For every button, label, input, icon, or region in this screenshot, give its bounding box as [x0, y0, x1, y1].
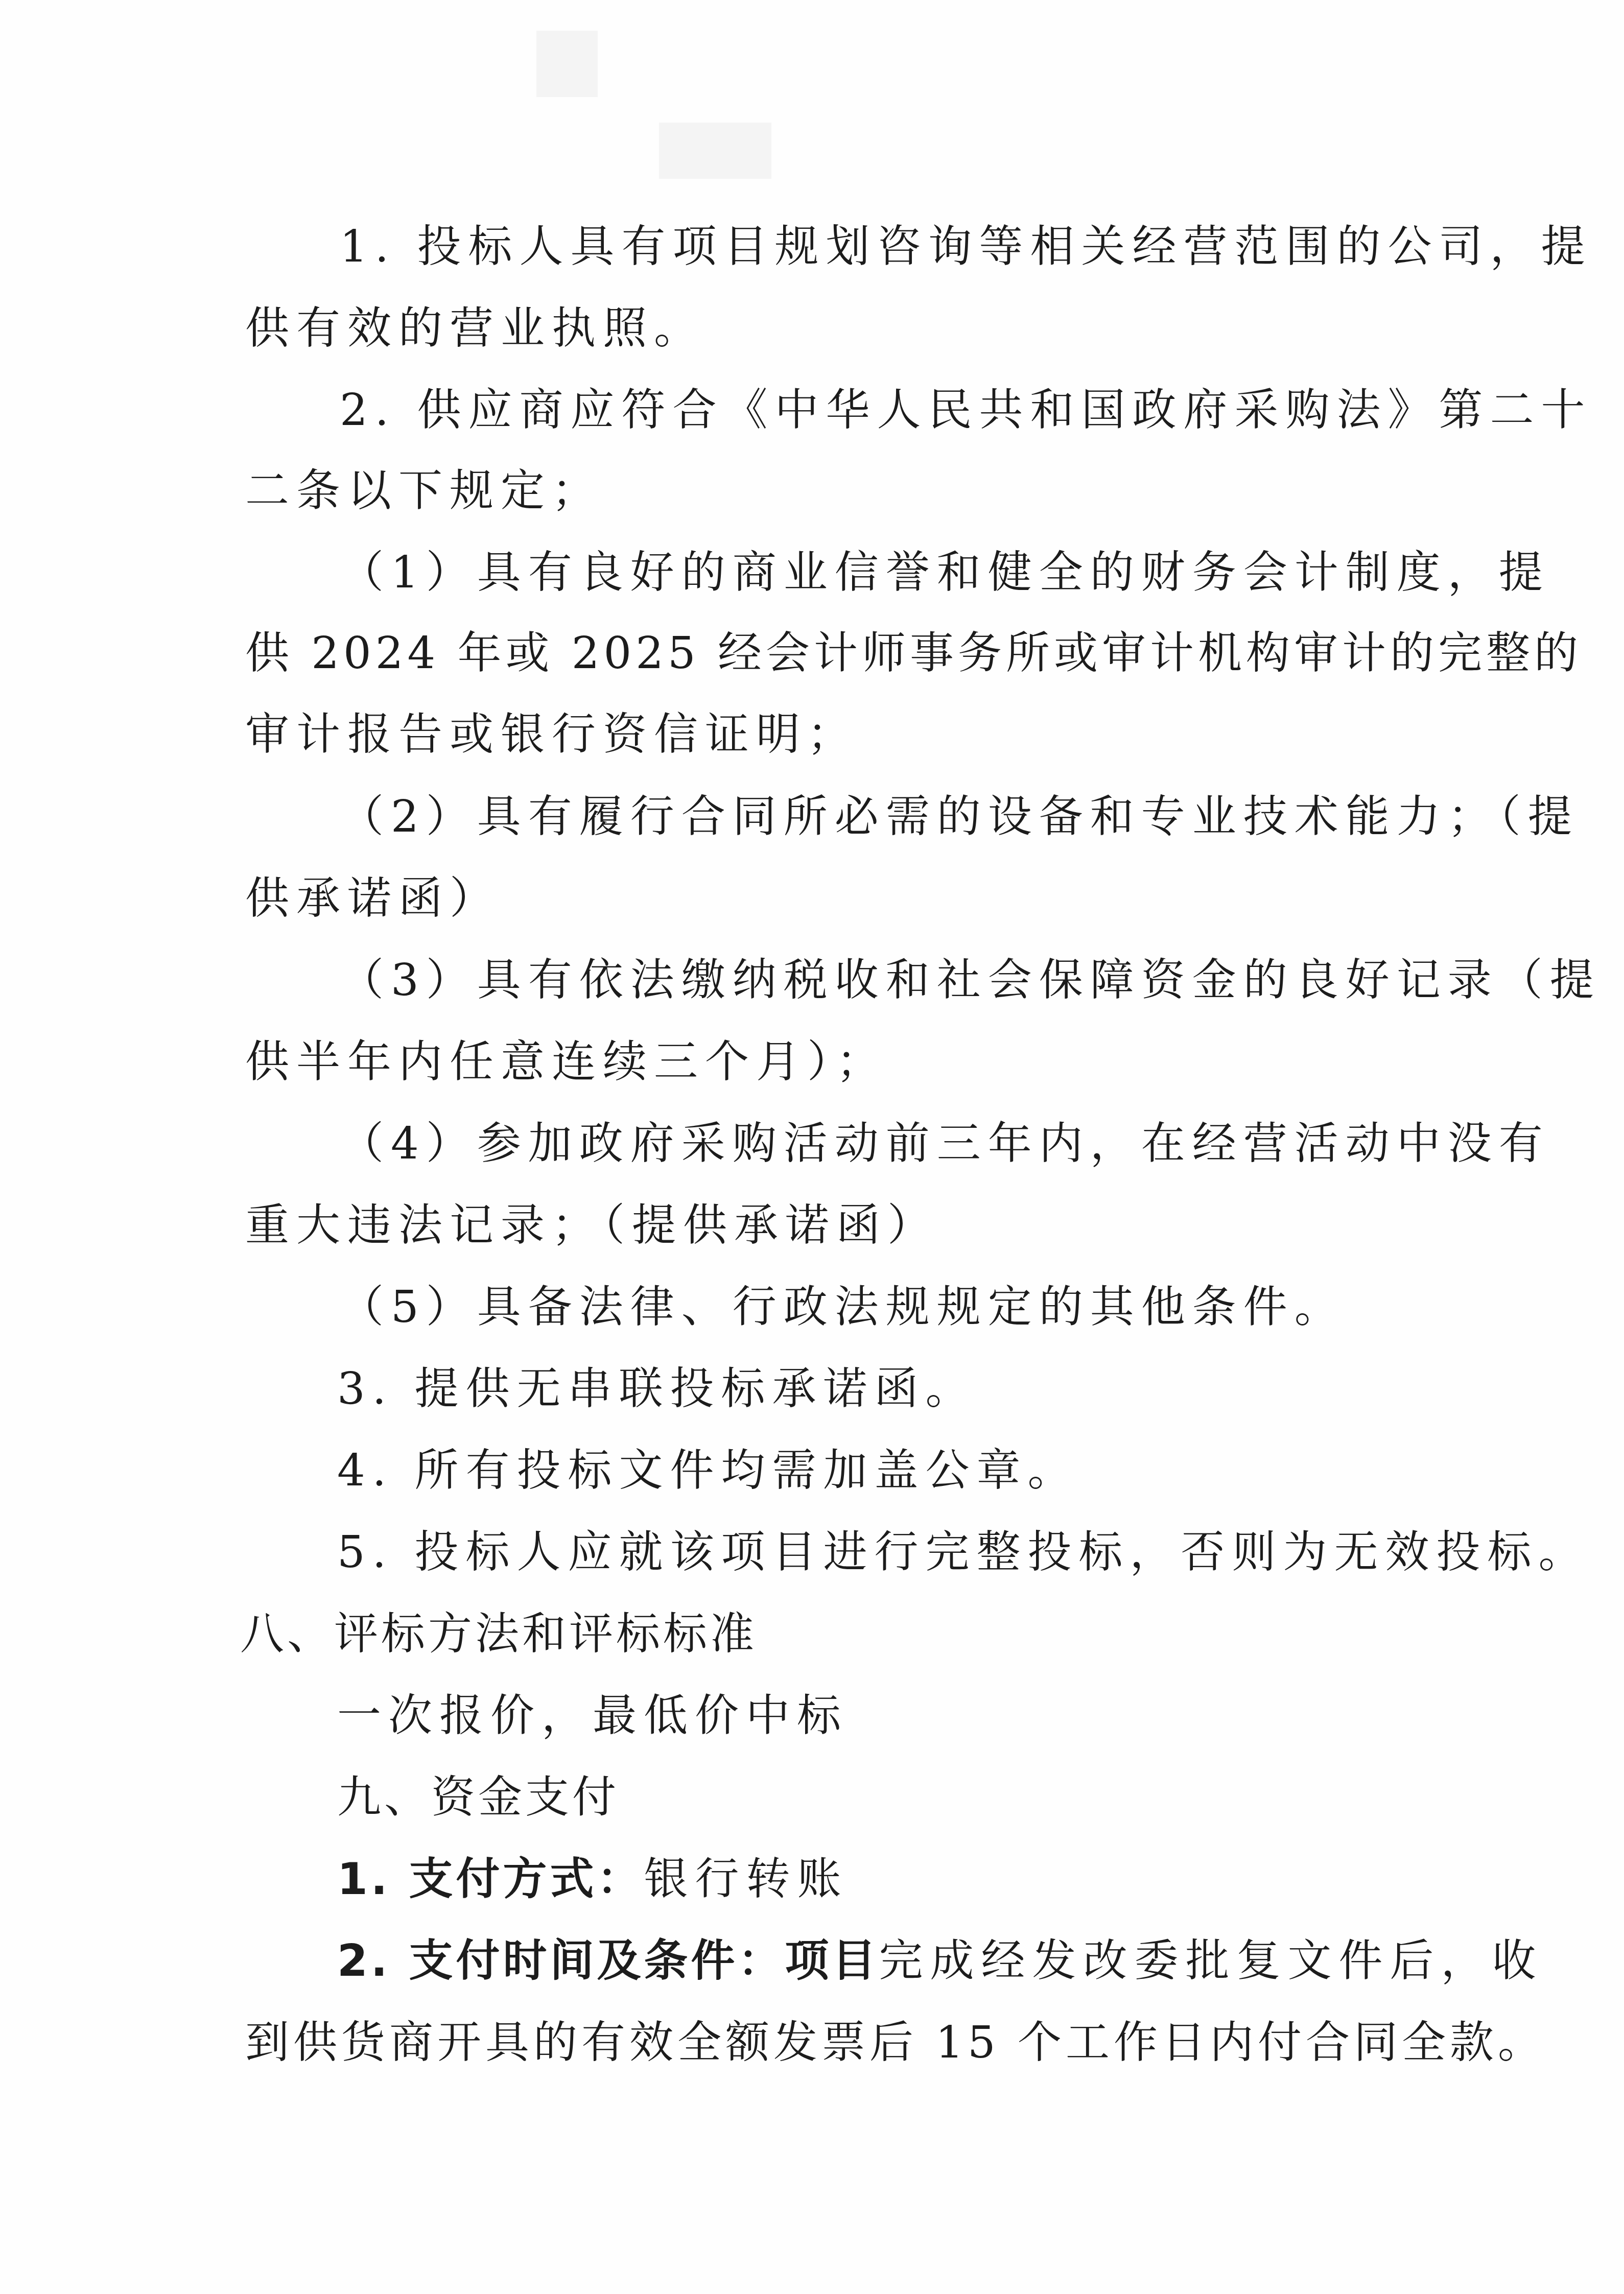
req-2-line-1: 2. 供应商应符合《中华人民共和国政府采购法》第二十	[340, 388, 1592, 432]
req-3: 3. 提供无串联投标承诺函。	[337, 1367, 976, 1411]
document-page: 1. 投标人具有项目规划咨询等相关经营范围的公司，提 供有效的营业执照。 2. …	[0, 0, 1624, 2294]
section-9-heading: 九、资金支付	[337, 1776, 619, 1819]
payment-method-label: 1. 支付方式：	[337, 1854, 644, 1905]
section-8-body: 一次报价，最低价中标	[337, 1694, 848, 1738]
payment-method: 1. 支付方式：银行转账	[337, 1857, 848, 1901]
sub-1-line-2: 供 2024 年或 2025 经会计师事务所或审计机构审计的完整的	[245, 631, 1582, 675]
sub-3-line-2: 供半年内任意连续三个月）；	[245, 1040, 887, 1084]
sub-1-line-1: （1）具有良好的商业信誉和健全的财务会计制度，提	[340, 551, 1550, 595]
bleed-through-mark	[659, 123, 771, 179]
payment-method-value: 银行转账	[644, 1854, 848, 1905]
sub-2-line-1: （2）具有履行合同所必需的设备和专业技术能力；（提	[340, 795, 1579, 839]
sub-2-line-2: 供承诺函）	[245, 877, 501, 920]
payment-terms-label: 2. 支付时间及条件：项目	[337, 1935, 879, 1986]
req-1-line-2: 供有效的营业执照。	[245, 306, 705, 350]
req-1-line-1: 1. 投标人具有项目规划咨询等相关经营范围的公司，提	[340, 225, 1592, 269]
req-2-line-2: 二条以下规定；	[245, 469, 603, 513]
sub-4-line-2: 重大违法记录；（提供承诺函）	[245, 1203, 938, 1247]
req-4: 4. 所有投标文件均需加盖公章。	[337, 1449, 1078, 1493]
section-8-heading: 八、评标方法和评标标准	[240, 1612, 757, 1656]
req-5: 5. 投标人应就该项目进行完整投标，否则为无效投标。	[337, 1530, 1589, 1574]
payment-terms-line-2: 到供货商开具的有效全额发票后 15 个工作日内付合同全款。	[245, 2021, 1546, 2065]
sub-3-line-1: （3）具有依法缴纳税收和社会保障资金的良好记录（提	[340, 958, 1601, 1002]
payment-terms-line-1: 2. 支付时间及条件：项目完成经发改委批复文件后，收	[337, 1939, 1543, 1983]
sub-5-line-1: （5）具备法律、行政法规规定的其他条件。	[340, 1285, 1346, 1329]
sub-4-line-1: （4）参加政府采购活动前三年内，在经营活动中没有	[340, 1122, 1550, 1166]
bleed-through-mark	[536, 31, 598, 97]
payment-terms-text: 完成经发改委批复文件后，收	[879, 1935, 1543, 1986]
sub-1-line-3: 审计报告或银行资信证明；	[245, 713, 858, 756]
